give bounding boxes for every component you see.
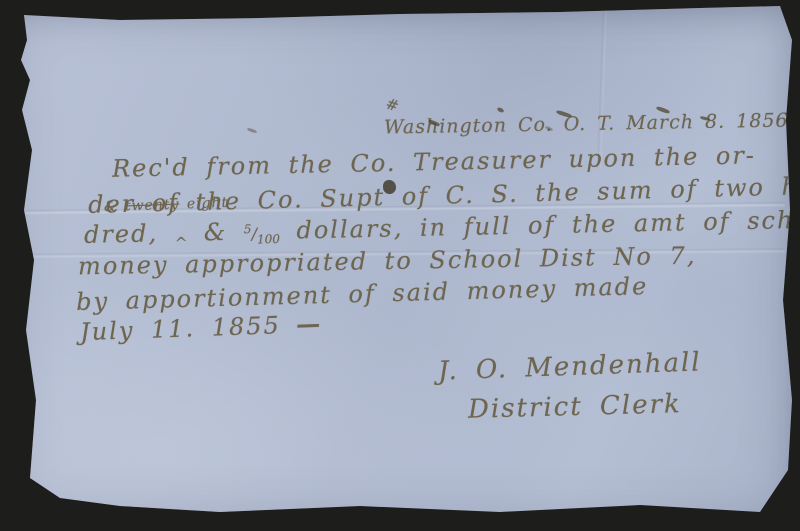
insertion-caret: ^	[175, 234, 188, 252]
apportionment-date: July 11. 1855	[80, 311, 282, 346]
line-3-ampersand: &	[204, 218, 245, 247]
insertion-word: eight	[187, 195, 229, 212]
insertion-ampersand: &	[104, 199, 118, 215]
insertion-struck-word: twenty	[125, 197, 180, 215]
paper-sheet: # Washington Co. O. T. March 8. 1856 Rec…	[0, 0, 800, 531]
line-3-start: dred,	[84, 219, 175, 249]
fraction-denominator: 100	[257, 232, 280, 246]
signature-name: J. O. Mendenhall	[438, 347, 703, 386]
handwriting-dateline: Washington Co. O. T. March 8. 1856	[384, 109, 789, 138]
ink-doodle: #	[384, 94, 402, 115]
signature-title: District Clerk	[468, 389, 682, 425]
scan-background: # Washington Co. O. T. March 8. 1856 Rec…	[0, 0, 800, 531]
cents-fraction: 5/100	[244, 224, 280, 244]
ink-speck	[496, 107, 504, 114]
ink-speck	[247, 127, 257, 133]
ink-flourish: —	[280, 309, 320, 339]
